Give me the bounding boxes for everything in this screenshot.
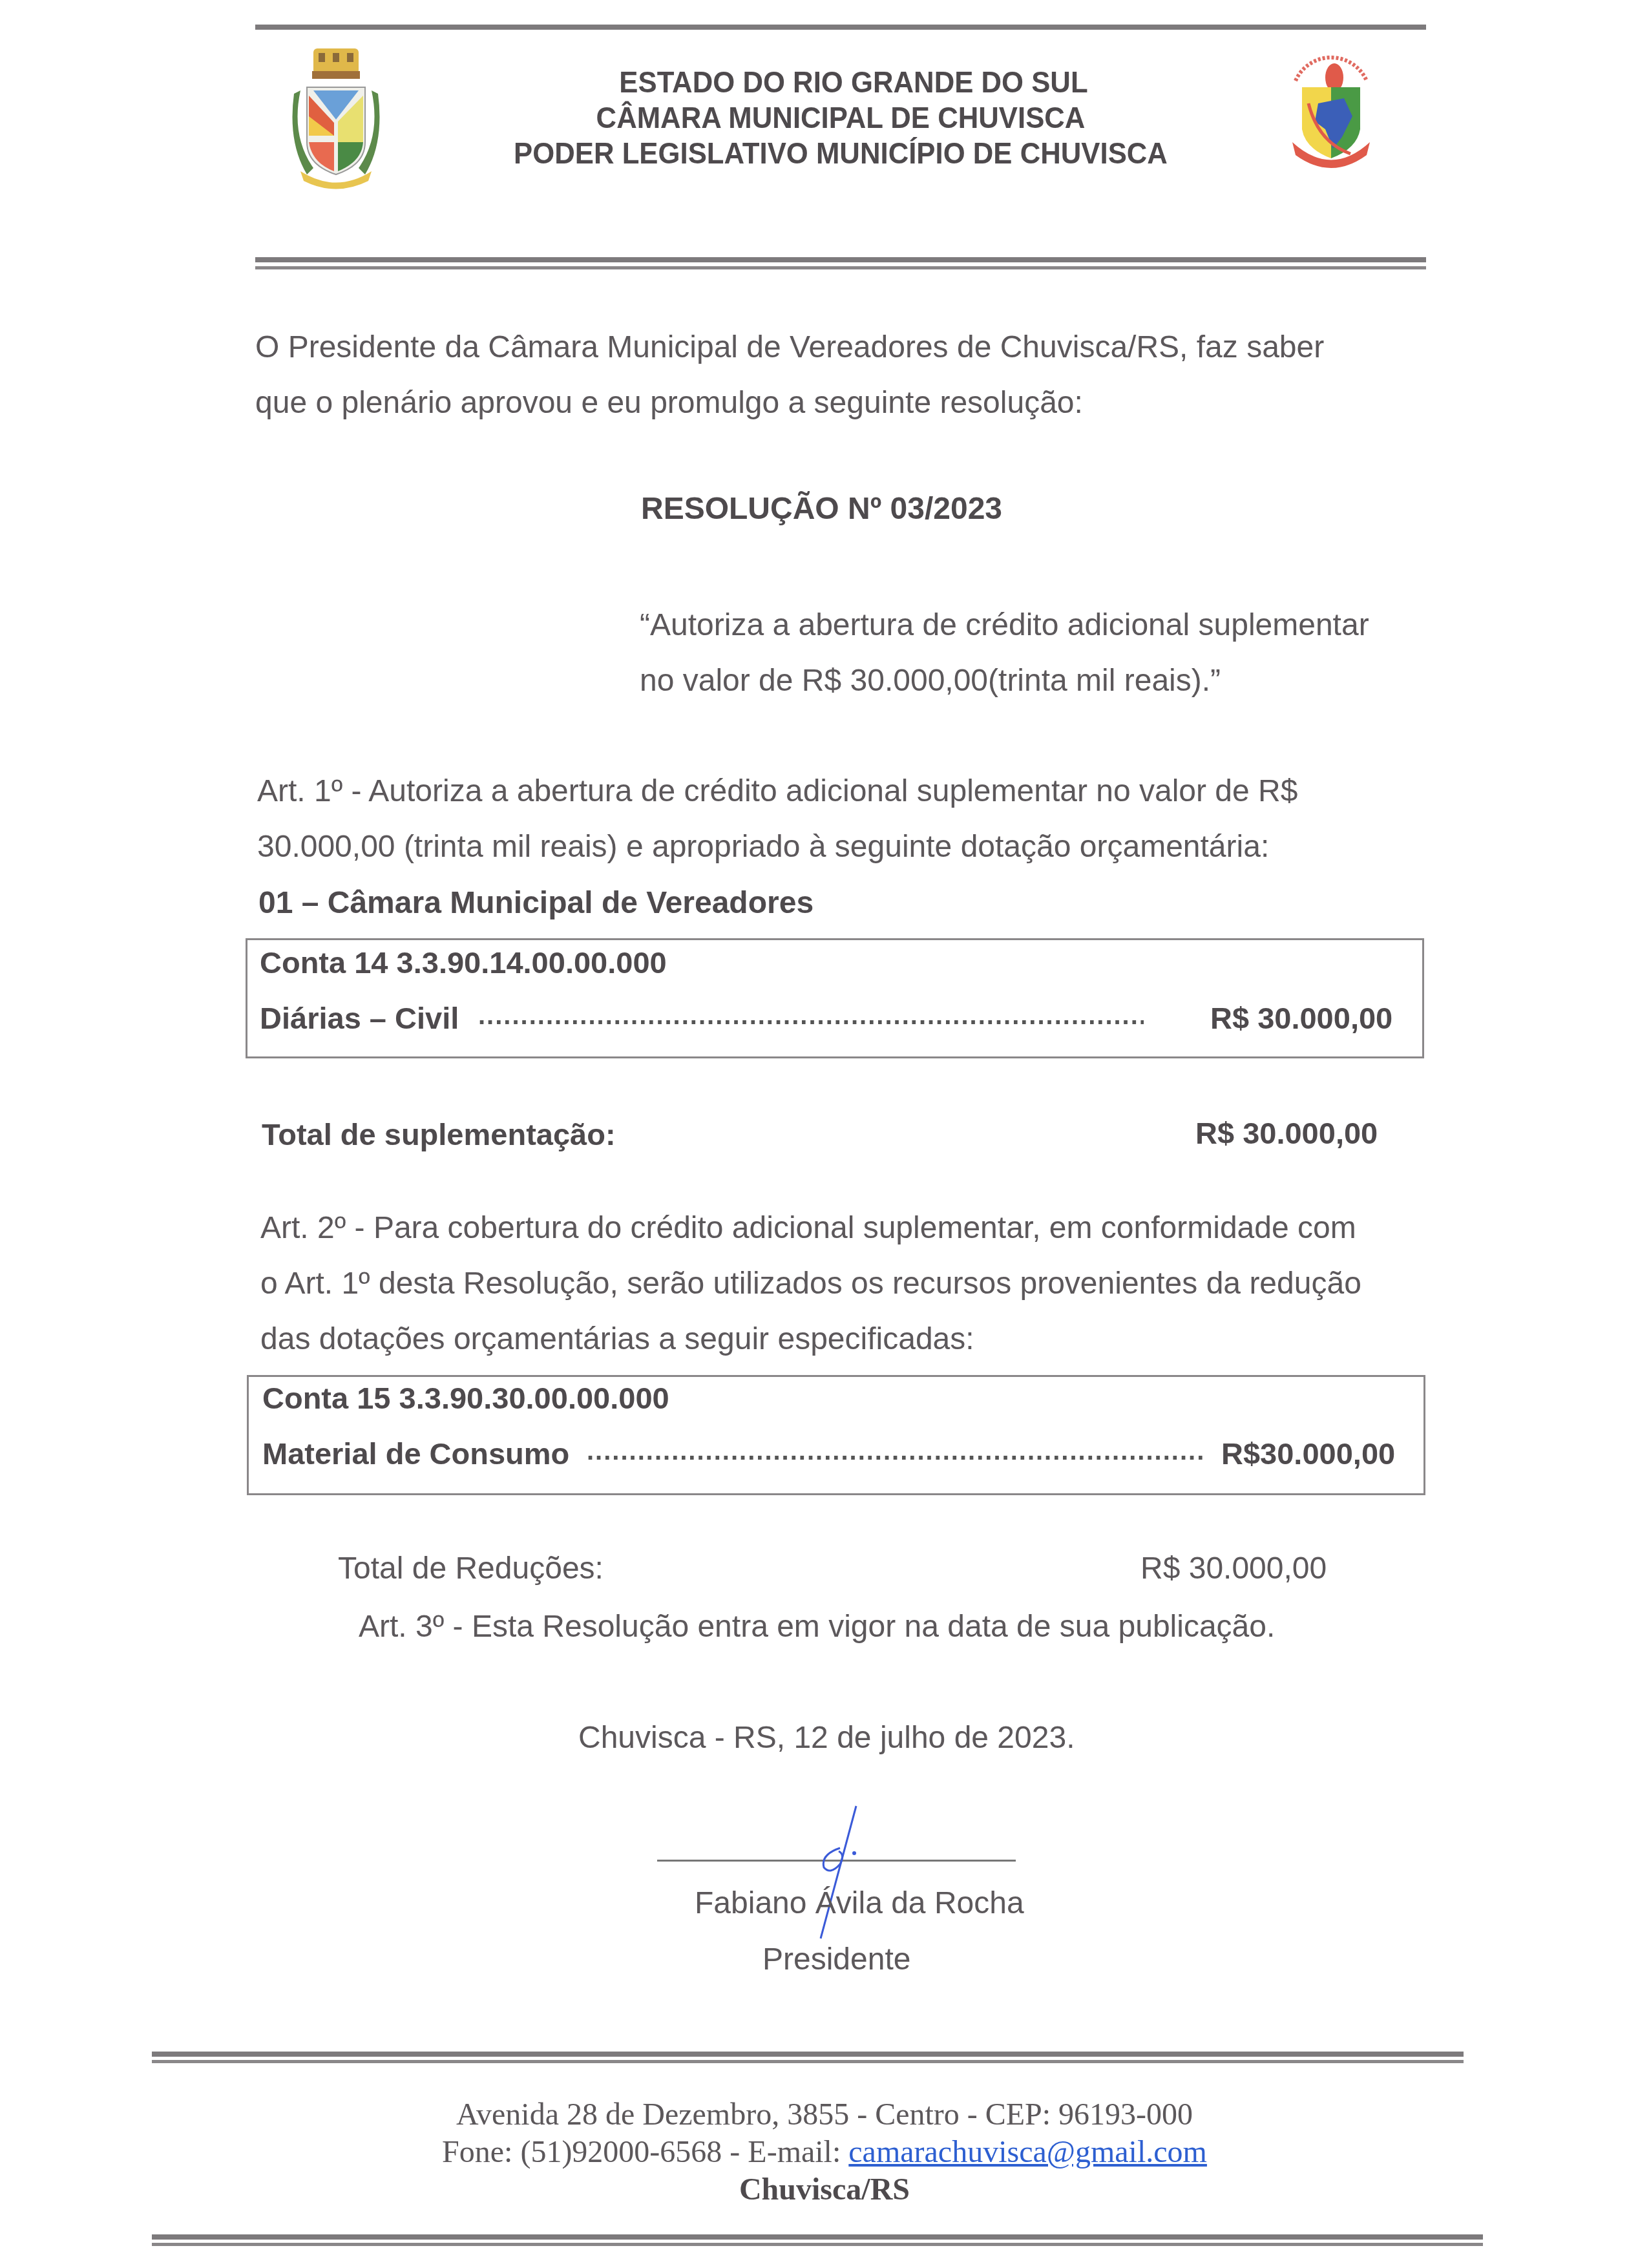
header-top-rule bbox=[255, 25, 1426, 30]
footer-bottom-rule-2 bbox=[152, 2243, 1483, 2246]
total-supplementation-value: R$ 30.000,00 bbox=[1195, 1115, 1378, 1151]
footer-phone: Fone: (51)92000-6568 - E-mail: bbox=[442, 2135, 848, 2169]
footer-top-rule-2 bbox=[152, 2060, 1464, 2063]
footer-bottom-rule bbox=[152, 2234, 1483, 2240]
article-2-line-3: das dotações orçamentárias a seguir espe… bbox=[260, 1312, 1436, 1367]
state-name: ESTADO DO RIO GRANDE DO SUL bbox=[309, 65, 1398, 100]
total-reductions-value: R$ 30.000,00 bbox=[1140, 1551, 1327, 1586]
reduction-amount: R$30.000,00 bbox=[1221, 1436, 1395, 1471]
article-2: Art. 2º - Para cobertura do crédito adic… bbox=[260, 1201, 1436, 1367]
footer-email-link[interactable]: camarachuvisca@gmail.com bbox=[848, 2135, 1207, 2169]
allocation-item: Diárias – Civil bbox=[260, 1000, 459, 1036]
allocation-leader-dots: ........................................… bbox=[478, 1002, 1144, 1031]
reduction-leader-dots: ........................................… bbox=[587, 1437, 1204, 1466]
ementa-line-2: no valor de R$ 30.000,00(trinta mil reai… bbox=[640, 653, 1441, 709]
signatory-name: Fabiano Ávila da Rocha bbox=[695, 1885, 1024, 1921]
intro-line-2: que o plenário aprovou e eu promulgo a s… bbox=[255, 375, 1431, 431]
footer-top-rule bbox=[152, 2052, 1464, 2057]
total-reductions-label: Total de Reduções: bbox=[338, 1551, 604, 1586]
intro-line-1: O Presidente da Câmara Municipal de Vere… bbox=[255, 320, 1431, 375]
intro-paragraph: O Presidente da Câmara Municipal de Vere… bbox=[255, 320, 1431, 431]
ementa: “Autoriza a abertura de crédito adiciona… bbox=[640, 598, 1441, 709]
legislative-power-name: PODER LEGISLATIVO MUNICÍPIO DE CHUVISCA bbox=[296, 136, 1385, 171]
article-2-line-1: Art. 2º - Para cobertura do crédito adic… bbox=[260, 1201, 1436, 1256]
footer-contact: Fone: (51)92000-6568 - E-mail: camarachu… bbox=[0, 2134, 1649, 2170]
allocation-amount: R$ 30.000,00 bbox=[1210, 1000, 1392, 1036]
signatory-role: Presidente bbox=[762, 1942, 910, 1977]
reduction-account: Conta 15 3.3.90.30.00.00.000 bbox=[262, 1380, 669, 1416]
resolution-title: RESOLUÇÃO Nº 03/2023 bbox=[641, 491, 1002, 527]
article-1: Art. 1º - Autoriza a abertura de crédito… bbox=[257, 764, 1433, 875]
budget-unit: 01 – Câmara Municipal de Vereadores bbox=[258, 885, 814, 921]
allocation-account: Conta 14 3.3.90.14.00.00.000 bbox=[260, 945, 667, 980]
footer-city: Chuvisca/RS bbox=[0, 2172, 1649, 2207]
header-bottom-rule bbox=[255, 257, 1426, 262]
total-supplementation-label: Total de suplementação: bbox=[262, 1117, 616, 1152]
reduction-item: Material de Consumo bbox=[262, 1436, 569, 1471]
article-3: Art. 3º - Esta Resolução entra em vigor … bbox=[359, 1609, 1275, 1644]
signature-scribble-icon bbox=[795, 1803, 872, 1945]
footer-address: Avenida 28 de Dezembro, 3855 - Centro - … bbox=[0, 2097, 1649, 2132]
place-date: Chuvisca - RS, 12 de julho de 2023. bbox=[578, 1720, 1075, 1756]
article-1-line-1: Art. 1º - Autoriza a abertura de crédito… bbox=[257, 764, 1433, 819]
article-2-line-2: o Art. 1º desta Resolução, serão utiliza… bbox=[260, 1256, 1436, 1312]
ementa-line-1: “Autoriza a abertura de crédito adiciona… bbox=[640, 598, 1441, 653]
header-bottom-rule-2 bbox=[255, 266, 1426, 269]
chamber-name: CÂMARA MUNICIPAL DE CHUVISCA bbox=[296, 100, 1385, 135]
article-1-line-2: 30.000,00 (trinta mil reais) e apropriad… bbox=[257, 819, 1433, 875]
